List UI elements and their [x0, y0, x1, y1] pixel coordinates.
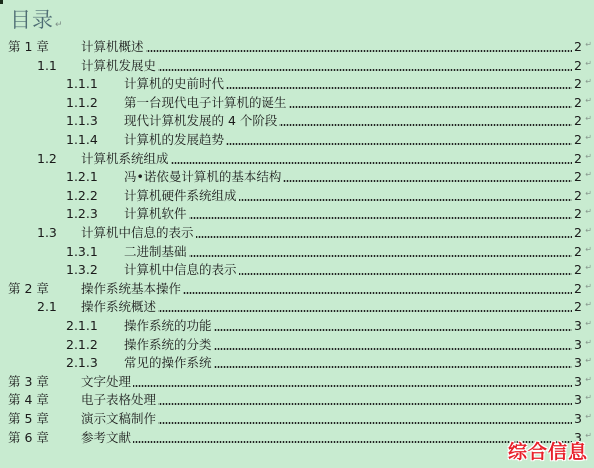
toc-entry-page: 2	[572, 261, 582, 279]
paragraph-mark-icon: ↵	[585, 315, 592, 333]
toc-entry-number: 2.1.3	[66, 354, 98, 372]
corner-mark	[0, 0, 3, 4]
toc-entry-number: 第 3 章	[8, 373, 49, 391]
dot-leader	[81, 441, 572, 443]
paragraph-mark-icon: ↵	[585, 185, 592, 203]
toc-entry-text[interactable]: 操作系统的功能	[124, 317, 214, 335]
toc-entry-text[interactable]: 冯•诺依曼计算机的基本结构	[124, 168, 283, 186]
toc-entry-page: 2	[572, 38, 582, 56]
paragraph-mark-icon: ↵	[585, 129, 592, 147]
toc-entry-page: 2	[572, 75, 582, 93]
toc-entry-text[interactable]: 参考文献	[81, 429, 133, 447]
toc-entry-level-2[interactable]: 1.2.1 冯•诺依曼计算机的基本结构 2 ↵	[0, 168, 594, 186]
toc-entry-text[interactable]: 计算机软件	[124, 205, 189, 223]
paragraph-mark-icon: ↵	[585, 352, 592, 370]
toc-entry-number: 1.2.1	[66, 168, 98, 186]
toc-entry-number: 2.1	[37, 298, 57, 316]
dot-leader	[124, 217, 572, 219]
dot-leader	[81, 385, 572, 387]
toc-entry-text[interactable]: 计算机的史前时代	[124, 75, 226, 93]
toc-entry-text[interactable]: 二进制基础	[124, 243, 189, 261]
paragraph-mark-icon: ↵	[585, 110, 592, 128]
paragraph-mark-icon: ↵	[585, 148, 592, 166]
toc-entry-page: 2	[572, 168, 582, 186]
toc-entry-text[interactable]: 文字处理	[81, 373, 133, 391]
toc-entry-level-2[interactable]: 1.2.2 计算机硬件系统组成 2 ↵	[0, 187, 594, 205]
toc-entry-number: 1.1	[37, 57, 57, 75]
toc-entry-level-1[interactable]: 1.3 计算机中信息的表示 2 ↵	[0, 224, 594, 242]
toc-entry-level-0[interactable]: 第 1 章 计算机概述 2 ↵	[0, 38, 594, 56]
toc-entry-number: 第 1 章	[8, 38, 49, 56]
toc-entry-page: 3	[572, 391, 582, 409]
toc-entry-number: 2.1.1	[66, 317, 98, 335]
paragraph-mark-icon: ↵	[585, 73, 592, 91]
toc-entry-page: 3	[572, 373, 582, 391]
toc-title-text: 目录	[10, 8, 54, 32]
dot-leader	[81, 50, 572, 52]
toc-entry-number: 1.3.2	[66, 261, 98, 279]
toc-entry-page: 2	[572, 150, 582, 168]
toc-entry-page: 2	[572, 131, 582, 149]
toc-entry-text[interactable]: 常见的操作系统	[124, 354, 214, 372]
toc-entry-text[interactable]: 操作系统基本操作	[81, 280, 183, 298]
toc-entry-level-2[interactable]: 1.3.1 二进制基础 2 ↵	[0, 243, 594, 261]
paragraph-mark-icon: ↵	[585, 166, 592, 184]
toc-entry-text[interactable]: 电子表格处理	[81, 391, 158, 409]
toc-entry-level-0[interactable]: 第 4 章 电子表格处理 3 ↵	[0, 391, 594, 409]
toc-entry-text[interactable]: 计算机中信息的表示	[81, 224, 196, 242]
paragraph-mark-icon: ↵	[585, 371, 592, 389]
toc-entry-number: 1.1.4	[66, 131, 98, 149]
toc-entry-number: 1.3.1	[66, 243, 98, 261]
paragraph-mark-icon: ↵	[585, 278, 592, 296]
toc-entry-text[interactable]: 现代计算机发展的 4 个阶段	[124, 112, 279, 130]
toc-entry-level-1[interactable]: 1.2 计算机系统组成 2 ↵	[0, 150, 594, 168]
toc-entry-page: 3	[572, 354, 582, 372]
watermark-logo: 综合信息	[508, 437, 588, 464]
toc-entry-level-2[interactable]: 1.3.2 计算机中信息的表示 2 ↵	[0, 261, 594, 279]
toc-entry-number: 第 2 章	[8, 280, 49, 298]
toc-entry-number: 1.2.3	[66, 205, 98, 223]
toc-entry-page: 3	[572, 317, 582, 335]
paragraph-mark-icon: ↵	[585, 296, 592, 314]
paragraph-mark-icon: ↵	[585, 259, 592, 277]
toc-entry-page: 2	[572, 205, 582, 223]
toc-entry-number: 2.1.2	[66, 336, 98, 354]
toc-entry-text[interactable]: 计算机的发展趋势	[124, 131, 226, 149]
toc-entry-page: 2	[572, 224, 582, 242]
paragraph-mark-icon: ↵	[585, 203, 592, 221]
toc-entry-level-0[interactable]: 第 3 章 文字处理 3 ↵	[0, 373, 594, 391]
toc-entry-text[interactable]: 计算机中信息的表示	[124, 261, 239, 279]
toc-entry-level-1[interactable]: 1.1 计算机发展史 2 ↵	[0, 57, 594, 75]
toc-entry-text[interactable]: 操作系统概述	[81, 298, 158, 316]
toc-entry-page: 2	[572, 243, 582, 261]
toc-title: 目录↵	[10, 4, 64, 34]
paragraph-mark-icon: ↵	[585, 408, 592, 426]
toc-entry-page: 2	[572, 280, 582, 298]
toc-entry-level-2[interactable]: 1.1.1 计算机的史前时代 2 ↵	[0, 75, 594, 93]
toc-entry-text[interactable]: 计算机硬件系统组成	[124, 187, 239, 205]
toc-entry-level-2[interactable]: 2.1.2 操作系统的分类 3 ↵	[0, 336, 594, 354]
toc-entry-page: 3	[572, 410, 582, 428]
paragraph-mark-icon: ↵	[55, 20, 64, 30]
dot-leader	[124, 255, 572, 257]
paragraph-mark-icon: ↵	[585, 92, 592, 110]
toc-entry-page: 2	[572, 94, 582, 112]
paragraph-mark-icon: ↵	[585, 389, 592, 407]
paragraph-mark-icon: ↵	[585, 334, 592, 352]
toc-entry-page: 3	[572, 336, 582, 354]
toc-entry-level-2[interactable]: 1.2.3 计算机软件 2 ↵	[0, 205, 594, 223]
toc-entry-number: 1.1.2	[66, 94, 98, 112]
toc-entry-text[interactable]: 计算机系统组成	[81, 150, 171, 168]
toc-entry-text[interactable]: 计算机发展史	[81, 57, 158, 75]
toc-entry-page: 2	[572, 112, 582, 130]
toc-entry-text[interactable]: 演示文稿制作	[81, 410, 158, 428]
toc-entry-number: 1.1.3	[66, 112, 98, 130]
toc-entry-number: 1.2	[37, 150, 57, 168]
toc-entry-level-0[interactable]: 第 5 章 演示文稿制作 3 ↵	[0, 410, 594, 428]
toc-entry-level-2[interactable]: 1.1.2 第一台现代电子计算机的诞生 2 ↵	[0, 94, 594, 112]
toc-entry-text[interactable]: 计算机概述	[81, 38, 146, 56]
toc-entry-number: 第 4 章	[8, 391, 49, 409]
toc-entry-text[interactable]: 第一台现代电子计算机的诞生	[124, 94, 289, 112]
paragraph-mark-icon: ↵	[585, 222, 592, 240]
toc-entry-page: 2	[572, 57, 582, 75]
toc-entry-level-2[interactable]: 2.1.1 操作系统的功能 3 ↵	[0, 317, 594, 335]
toc-entry-level-2[interactable]: 2.1.3 常见的操作系统 3 ↵	[0, 354, 594, 372]
paragraph-mark-icon: ↵	[585, 36, 592, 54]
toc-entry-page: 2	[572, 187, 582, 205]
toc-entry-level-1[interactable]: 2.1 操作系统概述 2 ↵	[0, 298, 594, 316]
paragraph-mark-icon: ↵	[585, 55, 592, 73]
toc-entry-level-2[interactable]: 1.1.3 现代计算机发展的 4 个阶段 2 ↵	[0, 112, 594, 130]
toc-entry-text[interactable]: 操作系统的分类	[124, 336, 214, 354]
toc-entry-number: 1.3	[37, 224, 57, 242]
toc-entry-level-0[interactable]: 第 6 章 参考文献 3 ↵	[0, 429, 594, 447]
toc-entry-level-0[interactable]: 第 2 章 操作系统基本操作 2 ↵	[0, 280, 594, 298]
toc-entry-level-2[interactable]: 1.1.4 计算机的发展趋势 2 ↵	[0, 131, 594, 149]
toc-entry-number: 第 6 章	[8, 429, 49, 447]
toc-entry-page: 2	[572, 298, 582, 316]
toc-entry-number: 1.1.1	[66, 75, 98, 93]
toc-entry-number: 1.2.2	[66, 187, 98, 205]
toc-entry-number: 第 5 章	[8, 410, 49, 428]
paragraph-mark-icon: ↵	[585, 241, 592, 259]
